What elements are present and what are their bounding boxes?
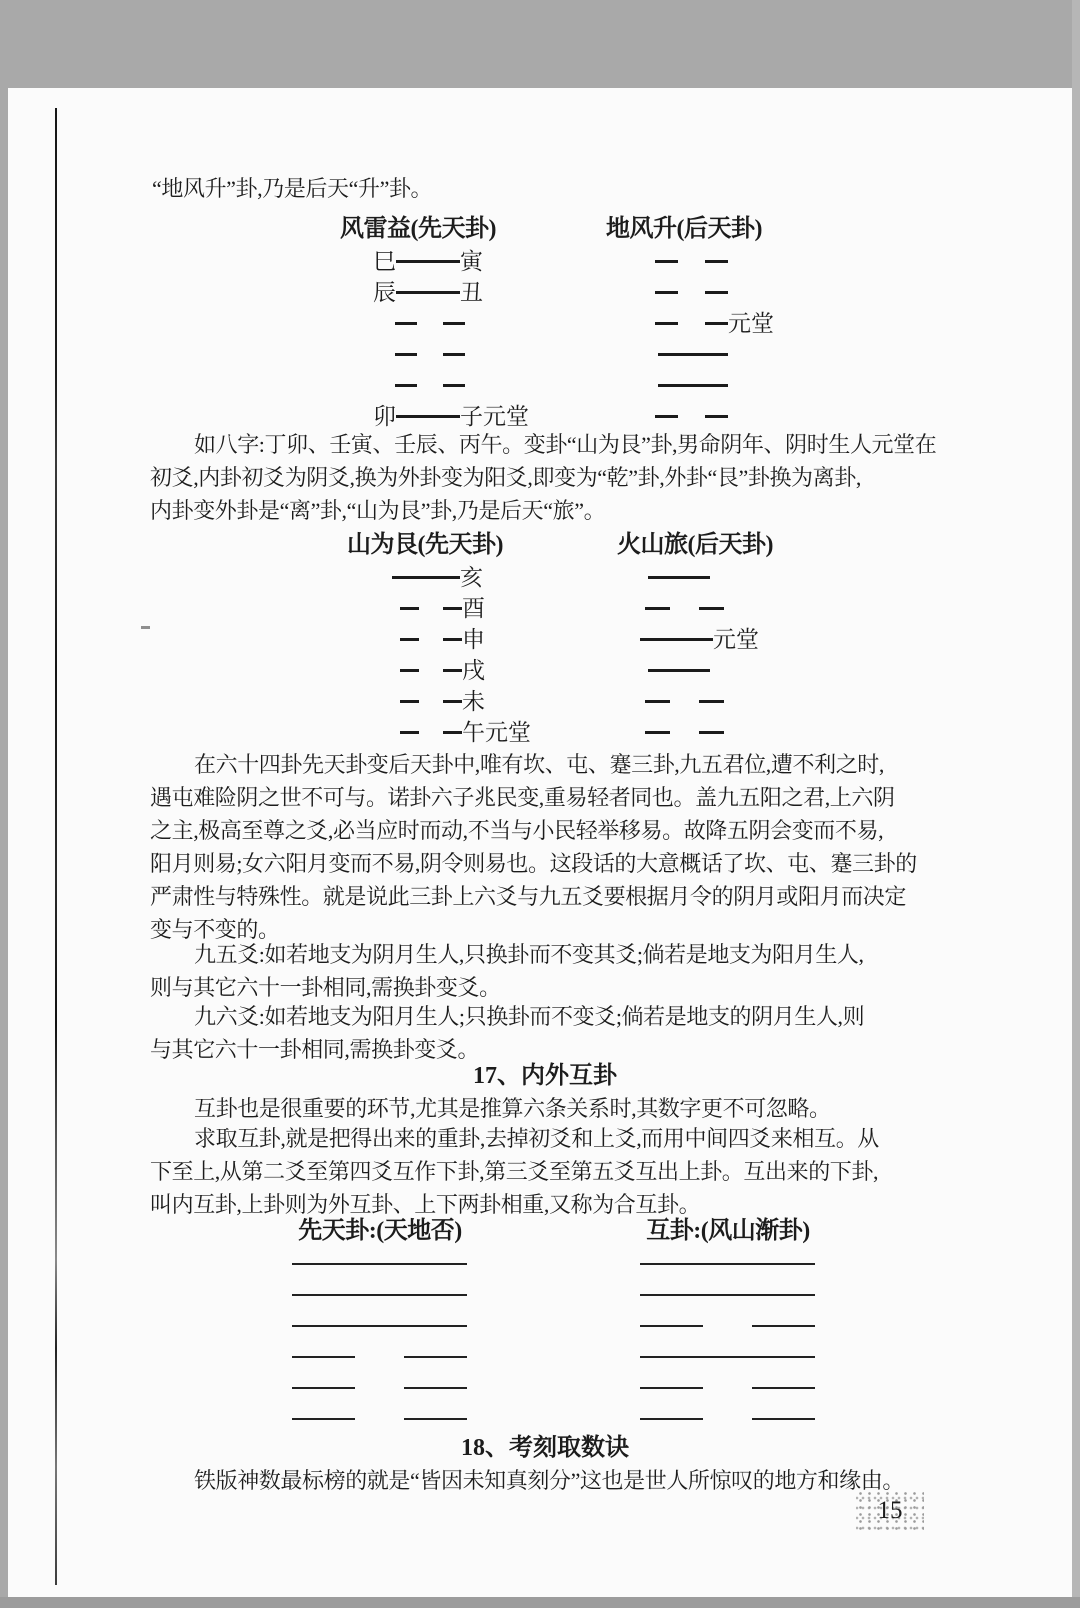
- text-line: 九五爻:如若地支为阴月生人,只换卦而不变其爻;倘若是地支为阳月生人,: [150, 938, 864, 971]
- scan-border-right: [1072, 0, 1080, 1608]
- line-stroke: [404, 1418, 467, 1420]
- hexagram-rows: 亥酉申戌未午元堂: [325, 562, 525, 748]
- line-stroke: [640, 1356, 815, 1358]
- solid-yang-line: [595, 562, 795, 593]
- branch-label: 戌: [462, 659, 485, 682]
- text-line: 如八字:丁卯、壬寅、壬辰、丙午。变卦“山为艮”卦,男命阴年、阴时生人元堂在: [150, 428, 936, 461]
- line-stroke: [705, 260, 728, 263]
- text-line: 严肃性与特殊性。就是说此三卦上六爻与九五爻要根据月令的阴月或阳月而决定: [150, 880, 917, 913]
- text-line: 阳月则易;女六阳月变而不易,阴令则易也。这段话的大意概话了坎、屯、蹇三卦的: [150, 847, 917, 880]
- broken-yin-line: [292, 1341, 468, 1372]
- line-stroke: [404, 1387, 467, 1389]
- paragraph-bazi-example: 如八字:丁卯、壬寅、壬辰、丙午。变卦“山为艮”卦,男命阴年、阴时生人元堂在初爻,…: [150, 428, 936, 527]
- line-stroke: [396, 260, 460, 263]
- solid-yang-line: 元堂: [595, 624, 795, 655]
- line-stroke: [395, 353, 417, 356]
- broken-yin-line: 午元堂: [325, 717, 525, 748]
- line-stroke: [443, 353, 465, 356]
- text-line: 遇屯难险阴之世不可与。诺卦六子兆民变,重易轻者同也。盖九五阳之君,上六阴: [150, 781, 917, 814]
- solid-yang-line: [595, 655, 795, 686]
- line-stroke: [400, 607, 419, 610]
- line-stroke: [640, 1263, 815, 1265]
- line-stroke: [705, 415, 728, 418]
- solid-yang-line: [584, 370, 784, 401]
- scanned-book-page: “地风升”卦,乃是后天“升”卦。 风雷益(先天卦)巳寅辰丑卯子元堂 地风升(后天…: [0, 0, 1080, 1608]
- solid-yang-line: 辰丑: [318, 277, 518, 308]
- branch-label: 元堂: [713, 628, 759, 651]
- line-stroke: [400, 731, 419, 734]
- text-line: 之主,极高至尊之爻,必当应时而动,不当与小民轻举移易。故降五阴会变而不易,: [150, 814, 917, 847]
- branch-label: 元堂: [728, 312, 774, 335]
- broken-yin-line: [318, 370, 518, 401]
- line-stroke: [699, 731, 724, 734]
- hexagram-difengsheng: 地风升(后天卦)元堂: [584, 212, 784, 432]
- solid-yang-line: [292, 1310, 468, 1341]
- line-stroke: [395, 384, 417, 387]
- line-stroke: [658, 353, 728, 356]
- line-stroke: [443, 669, 462, 672]
- branch-label: 酉: [462, 597, 485, 620]
- solid-yang-line: [640, 1341, 816, 1372]
- line-stroke: [400, 700, 419, 703]
- broken-yin-line: [292, 1403, 468, 1434]
- solid-yang-line: [640, 1279, 816, 1310]
- broken-yin-line: [584, 246, 784, 277]
- solid-yang-line: [584, 339, 784, 370]
- text-line: 求取互卦,就是把得出来的重卦,去掉初爻和上爻,而用中间四爻来相互。从: [150, 1122, 879, 1155]
- branch-label: 子元堂: [460, 405, 529, 428]
- solid-yang-line: 巳寅: [318, 246, 518, 277]
- line-stroke: [392, 576, 460, 579]
- broken-yin-line: [318, 308, 518, 339]
- paragraph-64-hexagrams: 在六十四卦先天卦变后天卦中,唯有坎、屯、蹇三卦,九五君位,遭不利之时,遇屯难险阴…: [150, 748, 917, 946]
- page-number: 15: [856, 1490, 924, 1532]
- line-stroke: [396, 291, 460, 294]
- line-stroke: [640, 1294, 815, 1296]
- hexagram-tiandipi: 先天卦:(天地否): [292, 1214, 468, 1434]
- line-stroke: [655, 322, 678, 325]
- branch-label: 卯: [373, 405, 396, 428]
- line-stroke: [400, 669, 419, 672]
- branch-label: 丑: [460, 281, 483, 304]
- line-stroke: [396, 415, 460, 418]
- scan-border-bottom: [0, 1597, 1080, 1608]
- line-stroke: [640, 1418, 703, 1420]
- line-stroke: [655, 260, 678, 263]
- broken-yin-line: [318, 339, 518, 370]
- section-heading-17: 17、内外互卦: [150, 1060, 940, 1092]
- broken-yin-line: [595, 717, 795, 748]
- hexagram-title: 互卦:(风山渐卦): [640, 1214, 816, 1248]
- line-stroke: [292, 1263, 467, 1265]
- line-stroke: [292, 1387, 355, 1389]
- line-stroke: [752, 1387, 815, 1389]
- line-stroke: [655, 415, 678, 418]
- line-stroke: [705, 322, 728, 325]
- line-stroke: [443, 700, 462, 703]
- line-stroke: [658, 384, 728, 387]
- line-stroke: [443, 607, 462, 610]
- line-stroke: [645, 607, 670, 610]
- solid-yang-line: [640, 1248, 816, 1279]
- hexagram-title: 山为艮(先天卦): [325, 528, 525, 562]
- line-stroke: [699, 607, 724, 610]
- broken-yin-line: [640, 1372, 816, 1403]
- section-heading-18: 18、考刻取数诀: [150, 1432, 940, 1464]
- broken-yin-line: [292, 1372, 468, 1403]
- text-line: 内卦变外卦是“离”卦,“山为艮”卦,乃是后天“旅”。: [150, 494, 936, 527]
- line-stroke: [645, 731, 670, 734]
- text-line: 九六爻:如若地支为阳月生人;只换卦而不变爻;倘若是地支的阴月生人,则: [150, 1000, 864, 1033]
- broken-yin-line: 戌: [325, 655, 525, 686]
- branch-label: 申: [462, 628, 485, 651]
- hexagram-title: 火山旅(后天卦): [595, 528, 795, 562]
- broken-yin-line: 未: [325, 686, 525, 717]
- hexagram-title: 地风升(后天卦): [584, 212, 784, 246]
- hexagram-rows: [292, 1248, 468, 1434]
- broken-yin-line: 元堂: [584, 308, 784, 339]
- solid-yang-line: [292, 1248, 468, 1279]
- line-stroke: [752, 1325, 815, 1327]
- solid-yang-line: [292, 1279, 468, 1310]
- line-stroke: [400, 638, 419, 641]
- broken-yin-line: [640, 1403, 816, 1434]
- hexagram-rows: 元堂: [584, 246, 784, 432]
- text-line: 互卦也是很重要的环节,尤其是推算六条关系时,其数字更不可忽略。: [150, 1092, 831, 1125]
- line-stroke: [292, 1356, 355, 1358]
- book-spine-line: [55, 108, 57, 1585]
- hexagram-huoshanlv: 火山旅(后天卦)元堂: [595, 528, 795, 748]
- solid-yang-line: 亥: [325, 562, 525, 593]
- text-line: 初爻,内卦初爻为阴爻,换为外卦变为阳爻,即变为“乾”卦,外卦“艮”卦换为离卦,: [150, 461, 936, 494]
- line-stroke: [648, 576, 710, 579]
- branch-label: 亥: [460, 566, 483, 589]
- paragraph-tieban-shenshu: 铁版神数最标榜的就是“皆因未知真刻分”这也是世人所惊叹的地方和缘由。: [150, 1464, 904, 1497]
- branch-label: 辰: [373, 281, 396, 304]
- line-stroke: [404, 1356, 467, 1358]
- hexagram-shanweigen: 山为艮(先天卦)亥酉申戌未午元堂: [325, 528, 525, 748]
- broken-yin-line: 酉: [325, 593, 525, 624]
- hexagram-rows: 巳寅辰丑卯子元堂: [318, 246, 518, 432]
- hexagram-rows: [640, 1248, 816, 1434]
- line-stroke: [443, 322, 465, 325]
- line-stroke: [648, 669, 710, 672]
- broken-yin-line: [595, 593, 795, 624]
- scan-artifact-dash: [141, 626, 150, 629]
- branch-label: 寅: [460, 250, 483, 273]
- line-stroke: [699, 700, 724, 703]
- hexagram-rows: 元堂: [595, 562, 795, 748]
- hexagram-fengleiyi: 风雷益(先天卦)巳寅辰丑卯子元堂: [318, 212, 518, 432]
- broken-yin-line: [584, 277, 784, 308]
- line-stroke: [705, 291, 728, 294]
- line-stroke: [640, 1387, 703, 1389]
- line-stroke: [655, 291, 678, 294]
- broken-yin-line: [640, 1310, 816, 1341]
- paragraph-hugua-method: 求取互卦,就是把得出来的重卦,去掉初爻和上爻,而用中间四爻来相互。从下至上,从第…: [150, 1122, 879, 1221]
- line-stroke: [640, 638, 713, 641]
- intro-line: “地风升”卦,乃是后天“升”卦。: [152, 172, 432, 205]
- hexagram-fengshanjian: 互卦:(风山渐卦): [640, 1214, 816, 1434]
- paragraph-jiuliu-yao: 九六爻:如若地支为阳月生人;只换卦而不变爻;倘若是地支的阴月生人,则与其它六十一…: [150, 1000, 864, 1066]
- hexagram-title: 风雷益(先天卦): [318, 212, 518, 246]
- line-stroke: [292, 1325, 467, 1327]
- line-stroke: [645, 700, 670, 703]
- paragraph-jiuwu-yao: 九五爻:如若地支为阴月生人,只换卦而不变其爻;倘若是地支为阳月生人,则与其它六十…: [150, 938, 864, 1004]
- broken-yin-line: [595, 686, 795, 717]
- line-stroke: [752, 1418, 815, 1420]
- branch-label: 午元堂: [462, 721, 531, 744]
- paragraph-hugua-intro: 互卦也是很重要的环节,尤其是推算六条关系时,其数字更不可忽略。: [150, 1092, 831, 1125]
- line-stroke: [443, 638, 462, 641]
- line-stroke: [443, 731, 462, 734]
- hexagram-title: 先天卦:(天地否): [292, 1214, 468, 1248]
- branch-label: 巳: [373, 250, 396, 273]
- broken-yin-line: 申: [325, 624, 525, 655]
- line-stroke: [292, 1294, 467, 1296]
- text-line: 下至上,从第二爻至第四爻互作下卦,第三爻至第五爻互出上卦。互出来的下卦,: [150, 1155, 879, 1188]
- text-line: 在六十四卦先天卦变后天卦中,唯有坎、屯、蹇三卦,九五君位,遭不利之时,: [150, 748, 917, 781]
- branch-label: 未: [462, 690, 485, 713]
- line-stroke: [395, 322, 417, 325]
- text-line: 铁版神数最标榜的就是“皆因未知真刻分”这也是世人所惊叹的地方和缘由。: [150, 1464, 904, 1497]
- line-stroke: [443, 384, 465, 387]
- line-stroke: [640, 1325, 703, 1327]
- line-stroke: [292, 1418, 355, 1420]
